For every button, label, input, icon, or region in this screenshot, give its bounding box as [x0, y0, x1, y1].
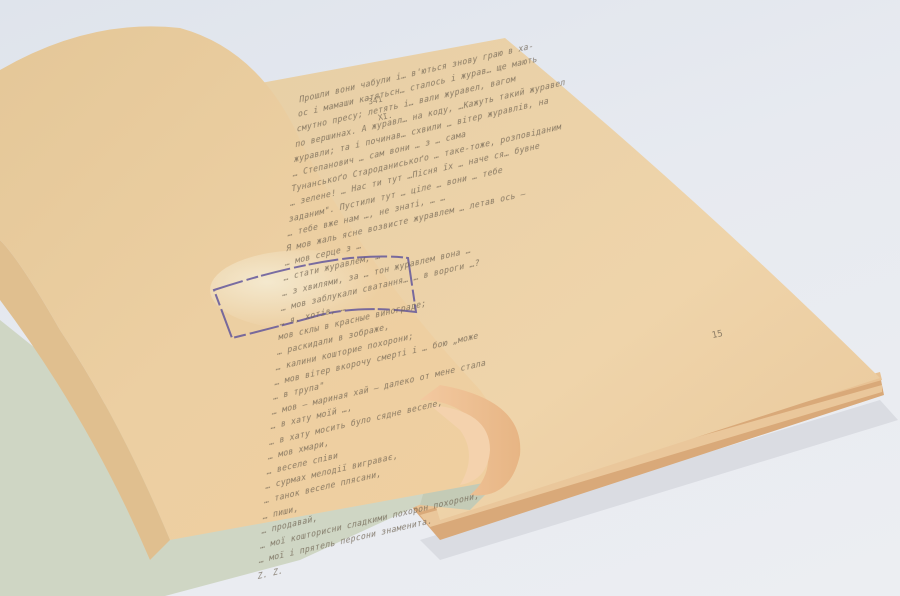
book-photo: 341 XI. Прошли вони чабули і… в'ються зн… [0, 0, 900, 596]
